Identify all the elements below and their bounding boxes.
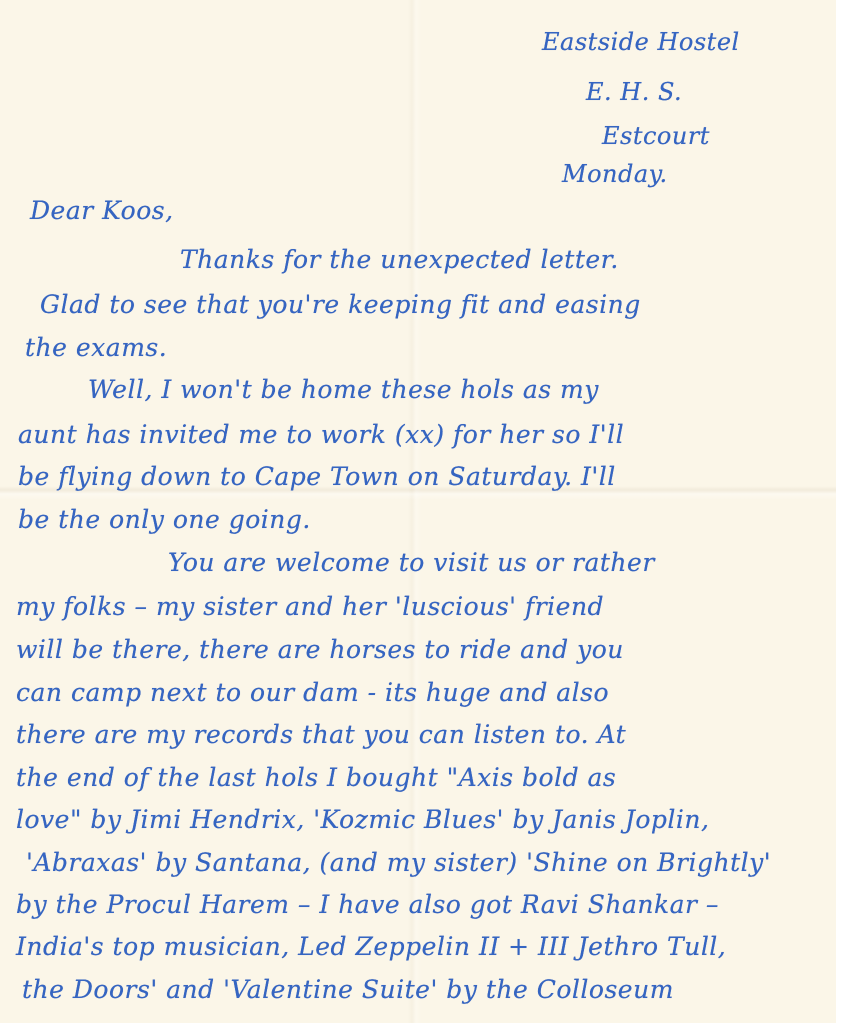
body-line: Thanks for the unexpected letter.	[180, 245, 619, 274]
body-line: the Doors' and 'Valentine Suite' by the …	[22, 975, 674, 1004]
address-line-4: Monday.	[562, 160, 668, 188]
body-line: can camp next to our dam - its huge and …	[16, 678, 609, 707]
body-line: aunt has invited me to work (xx) for her…	[18, 420, 624, 449]
salutation: Dear Koos,	[30, 196, 174, 225]
body-line: Glad to see that you're keeping fit and …	[40, 290, 641, 319]
body-line: You are welcome to visit us or rather	[168, 548, 655, 577]
letter-page: Eastside Hostel E. H. S. Estcourt Monday…	[0, 0, 836, 1023]
body-line: will be there, there are horses to ride …	[16, 635, 624, 664]
address-line-2: E. H. S.	[586, 78, 682, 106]
body-line: be the only one going.	[18, 505, 311, 534]
body-line: the exams.	[25, 333, 167, 362]
body-line: there are my records that you can listen…	[16, 720, 626, 749]
body-line: India's top musician, Led Zeppelin II + …	[16, 932, 726, 961]
body-line: my folks – my sister and her 'luscious' …	[16, 592, 604, 621]
body-line: by the Procul Harem – I have also got Ra…	[16, 890, 719, 919]
body-line: 'Abraxas' by Santana, (and my sister) 'S…	[26, 848, 771, 877]
body-line: be flying down to Cape Town on Saturday.…	[18, 462, 616, 491]
address-line-1: Eastside Hostel	[542, 28, 740, 56]
body-line: love" by Jimi Hendrix, 'Kozmic Blues' by…	[16, 805, 709, 834]
body-line: Well, I won't be home these hols as my	[88, 375, 599, 404]
address-line-3: Estcourt	[602, 122, 710, 150]
body-line: the end of the last hols I bought "Axis …	[16, 763, 616, 792]
